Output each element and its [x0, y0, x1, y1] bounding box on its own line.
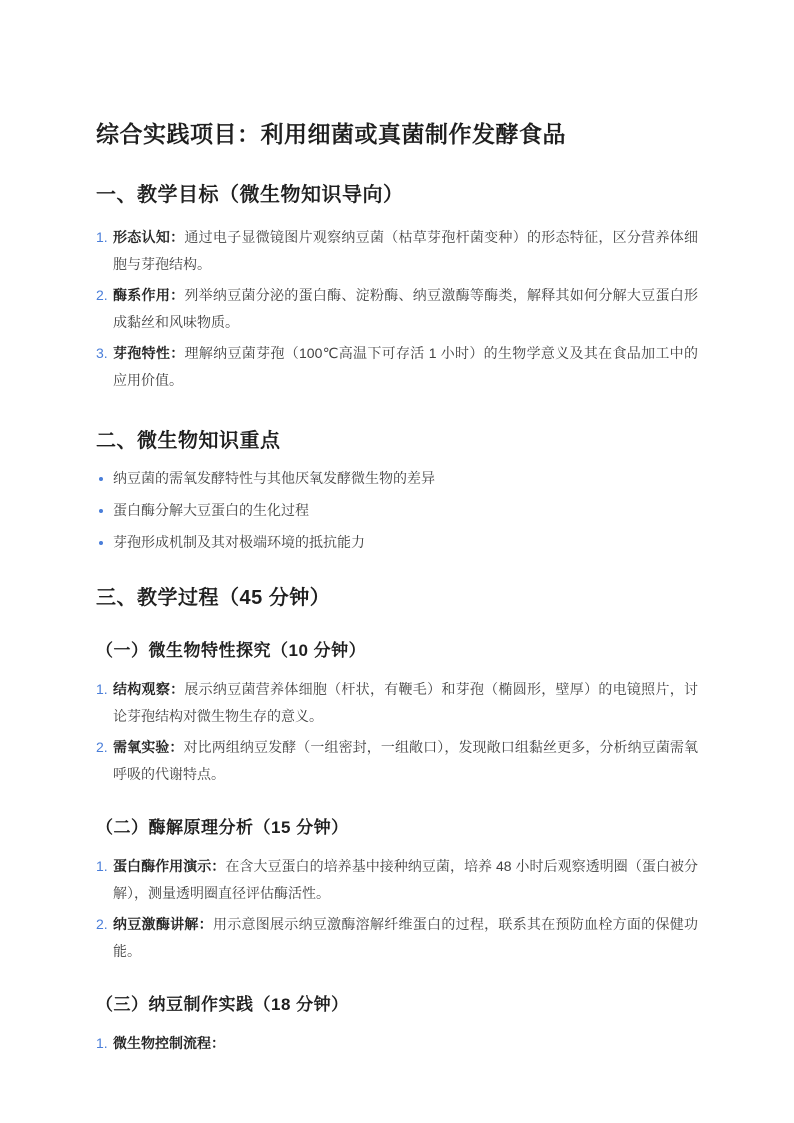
item-number: 1.	[96, 853, 108, 880]
item-term: 蛋白酶作用演示：	[113, 858, 225, 874]
item-number: 1.	[96, 224, 108, 251]
section-1-ordered-list: 1.形态认知：通过电子显微镜图片观察纳豆菌（枯草芽孢杆菌变种）的形态特征，区分营…	[96, 224, 698, 394]
subsection-3-heading: （三）纳豆制作实践（18 分钟）	[96, 993, 698, 1017]
doc-title: 综合实践项目：利用细菌或真菌制作发酵食品	[96, 120, 698, 148]
subsection-2-ordered-list: 1.蛋白酶作用演示：在含大豆蛋白的培养基中接种纳豆菌，培养 48 小时后观察透明…	[96, 853, 698, 965]
bullet-item: 蛋白酶分解大豆蛋白的生化过程	[96, 502, 698, 519]
bullet-icon	[99, 509, 103, 513]
subsection-2-heading: （二）酶解原理分析（15 分钟）	[96, 816, 698, 840]
item-number: 2.	[96, 911, 108, 938]
item-number: 3.	[96, 340, 108, 367]
subsection-1-heading: （一）微生物特性探究（10 分钟）	[96, 639, 698, 663]
list-item: 3.芽孢特性：理解纳豆菌芽孢（100℃高温下可存活 1 小时）的生物学意义及其在…	[96, 340, 698, 394]
list-item: 1.结构观察：展示纳豆菌营养体细胞（杆状，有鞭毛）和芽孢（椭圆形，壁厚）的电镜照…	[96, 676, 698, 730]
item-term: 微生物控制流程：	[113, 1035, 225, 1051]
bullet-item: 芽孢形成机制及其对极端环境的抵抗能力	[96, 534, 698, 551]
list-item: 2.纳豆激酶讲解：用示意图展示纳豆激酶溶解纤维蛋白的过程，联系其在预防血栓方面的…	[96, 911, 698, 965]
item-text: 对比两组纳豆发酵（一组密封，一组敞口），发现敞口组黏丝更多，分析纳豆菌需氧呼吸的…	[113, 739, 698, 782]
bullet-icon	[99, 477, 103, 481]
item-text: 通过电子显微镜图片观察纳豆菌（枯草芽孢杆菌变种）的形态特征，区分营养体细胞与芽孢…	[113, 229, 698, 272]
item-text: 展示纳豆菌营养体细胞（杆状，有鞭毛）和芽孢（椭圆形，壁厚）的电镜照片，讨论芽孢结…	[113, 681, 698, 724]
section-1-heading: 一、教学目标（微生物知识导向）	[96, 182, 698, 208]
item-number: 2.	[96, 734, 108, 761]
item-term: 酶系作用：	[113, 287, 184, 303]
item-text: 理解纳豆菌芽孢（100℃高温下可存活 1 小时）的生物学意义及其在食品加工中的应…	[113, 345, 698, 388]
subsection-3-ordered-list: 1.微生物控制流程：	[96, 1030, 698, 1057]
item-term: 芽孢特性：	[113, 345, 185, 361]
item-text: 列举纳豆菌分泌的蛋白酶、淀粉酶、纳豆激酶等酶类，解释其如何分解大豆蛋白形成黏丝和…	[113, 287, 698, 330]
list-item: 2.需氧实验：对比两组纳豆发酵（一组密封，一组敞口），发现敞口组黏丝更多，分析纳…	[96, 734, 698, 788]
item-number: 1.	[96, 676, 108, 703]
item-term: 纳豆激酶讲解：	[113, 916, 213, 932]
bullet-item: 纳豆菌的需氧发酵特性与其他厌氧发酵微生物的差异	[96, 470, 698, 487]
item-term: 结构观察：	[113, 681, 184, 697]
item-number: 2.	[96, 282, 108, 309]
section-3-heading: 三、教学过程（45 分钟）	[96, 585, 698, 611]
list-item: 1.微生物控制流程：	[96, 1030, 698, 1057]
section-2-heading: 二、微生物知识重点	[96, 428, 698, 454]
bullet-label: 纳豆菌的需氧发酵特性与其他厌氧发酵微生物的差异	[113, 470, 435, 486]
item-number: 1.	[96, 1030, 108, 1057]
bullet-label: 芽孢形成机制及其对极端环境的抵抗能力	[113, 534, 365, 550]
section-2-bullet-list: 纳豆菌的需氧发酵特性与其他厌氧发酵微生物的差异 蛋白酶分解大豆蛋白的生化过程 芽…	[96, 470, 698, 551]
subsection-1-ordered-list: 1.结构观察：展示纳豆菌营养体细胞（杆状，有鞭毛）和芽孢（椭圆形，壁厚）的电镜照…	[96, 676, 698, 788]
item-term: 需氧实验：	[113, 739, 184, 755]
bullet-label: 蛋白酶分解大豆蛋白的生化过程	[113, 502, 309, 518]
document-page: 综合实践项目：利用细菌或真菌制作发酵食品 一、教学目标（微生物知识导向） 1.形…	[0, 0, 794, 1123]
list-item: 1.蛋白酶作用演示：在含大豆蛋白的培养基中接种纳豆菌，培养 48 小时后观察透明…	[96, 853, 698, 907]
list-item: 1.形态认知：通过电子显微镜图片观察纳豆菌（枯草芽孢杆菌变种）的形态特征，区分营…	[96, 224, 698, 278]
bullet-icon	[99, 541, 103, 545]
item-term: 形态认知：	[113, 229, 184, 245]
list-item: 2.酶系作用：列举纳豆菌分泌的蛋白酶、淀粉酶、纳豆激酶等酶类，解释其如何分解大豆…	[96, 282, 698, 336]
